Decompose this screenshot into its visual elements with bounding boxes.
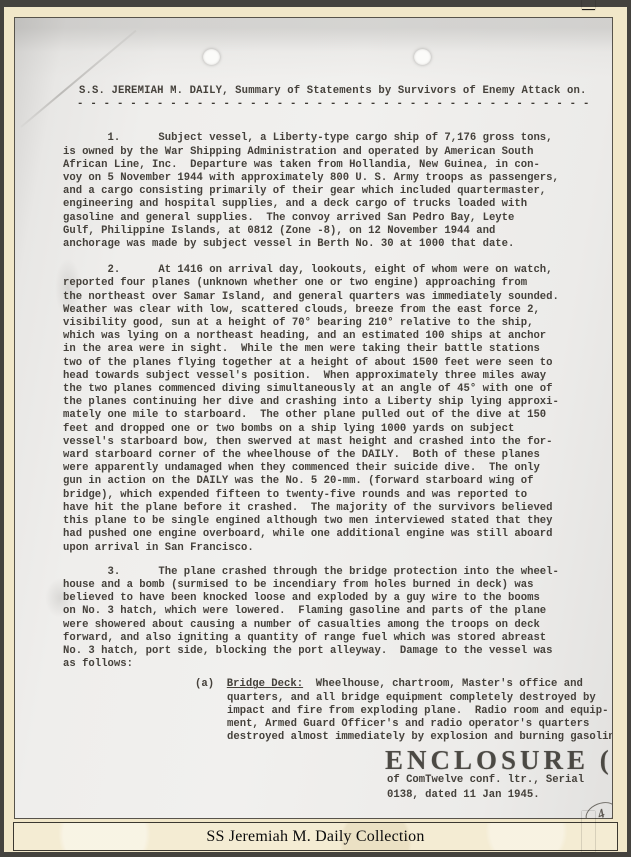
bridge-deck-heading: Bridge Deck: [227, 678, 303, 690]
enclosure-stamp-line-2: of ComTwelve conf. ltr., Serial [387, 774, 613, 787]
caption-bar: SS Jeremiah M. Daily Collection [13, 822, 618, 851]
enclosure-stamp-title: ENCLOSURE (A [385, 747, 613, 773]
punch-hole-right [414, 49, 431, 65]
damage-item-a-continuation: quarters, and all bridge equipment compl… [195, 692, 583, 745]
typed-document-body: S.S. JEREMIAH M. DAILY, Summary of State… [63, 85, 583, 802]
document-title: S.S. JEREMIAH M. DAILY, Summary of State… [79, 85, 583, 98]
damage-item-a-first-line: (a) Bridge Deck: Wheelhouse, chartroom, … [195, 678, 583, 691]
title-underline: - - - - - - - - - - - - - - - - - - - - … [77, 98, 583, 111]
page-frame: S.S. JEREMIAH M. DAILY, Summary of State… [0, 0, 631, 857]
bookmark-ribbon-top [582, 0, 595, 10]
item-a-prefix: (a) [195, 678, 227, 690]
bookmark-ribbon-bottom [582, 811, 595, 852]
document-scan: S.S. JEREMIAH M. DAILY, Summary of State… [14, 17, 613, 819]
enclosure-stamp: ENCLOSURE (A of ComTwelve conf. ltr., Se… [385, 747, 613, 801]
paragraph-1: 1. Subject vessel, a Liberty-type cargo … [63, 132, 583, 251]
item-a-first-rest: Wheelhouse, chartroom, Master's office a… [303, 678, 583, 690]
enclosure-stamp-line-3: 0138, dated 11 Jan 1945. [387, 789, 613, 802]
paragraph-2: 2. At 1416 on arrival day, lookouts, eig… [63, 264, 583, 554]
punch-hole-left [203, 49, 220, 65]
damage-item-a: (a) Bridge Deck: Wheelhouse, chartroom, … [63, 678, 583, 744]
paragraph-3: 3. The plane crashed through the bridge … [63, 566, 583, 672]
collection-caption: SS Jeremiah M. Daily Collection [206, 828, 424, 846]
